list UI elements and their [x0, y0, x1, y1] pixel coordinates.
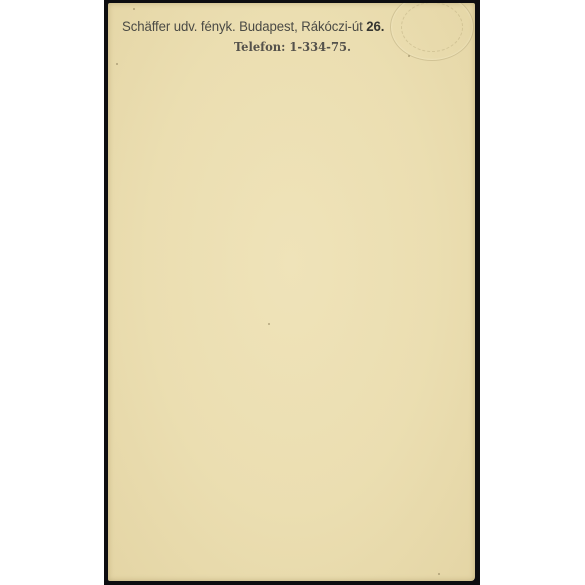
paper-speck — [438, 573, 440, 575]
photo-scan: Schäffer udv. fényk. Budapest, Rákóczi-ú… — [0, 0, 585, 585]
house-number: 26. — [366, 19, 384, 35]
studio-imprint: Schäffer udv. fényk. Budapest, Rákóczi-ú… — [122, 19, 443, 35]
studio-phone: Telefon: 1-334-75. — [122, 39, 460, 54]
photo-card-back: Schäffer udv. fényk. Budapest, Rákóczi-ú… — [108, 3, 475, 581]
paper-speck — [116, 63, 118, 65]
paper-speck — [268, 323, 270, 325]
paper-speck — [133, 8, 135, 10]
paper-speck — [408, 55, 410, 57]
studio-address: Schäffer udv. fényk. Budapest, Rákóczi-ú… — [122, 19, 363, 35]
